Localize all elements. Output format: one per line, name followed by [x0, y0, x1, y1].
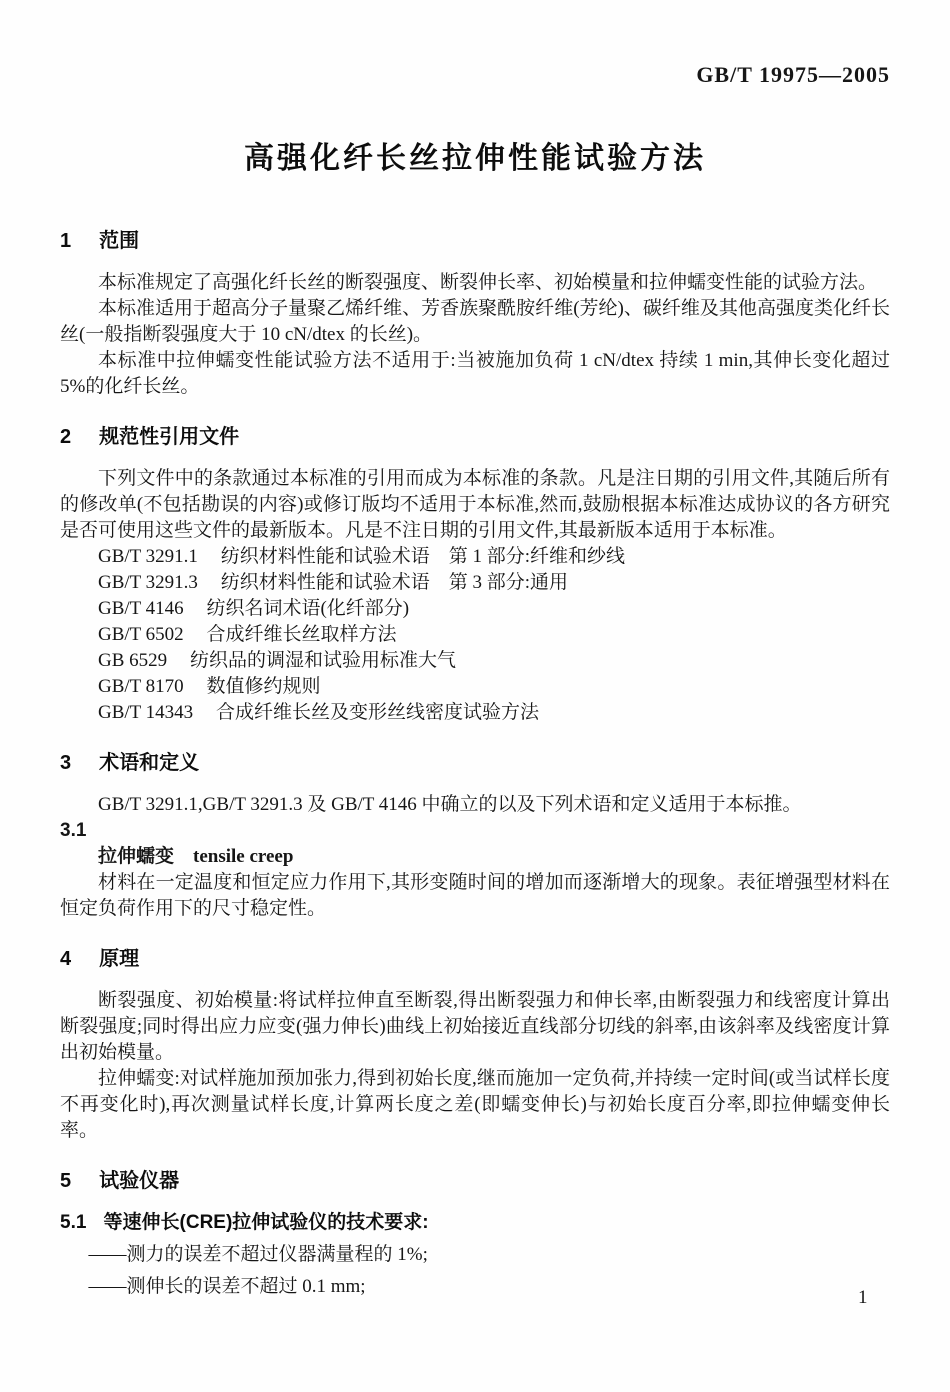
reference-code: GB/T 3291.1 [98, 546, 198, 567]
reference-item: GB/T 14343合成纤维长丝及变形丝线密度试验方法 [60, 700, 890, 726]
term-english: tensile creep [193, 846, 293, 867]
paragraph: 下列文件中的条款通过本标准的引用而成为本标准的条款。凡是注日期的引用文件,其随后… [60, 466, 890, 544]
section-terms-definitions: 3术语和定义 GB/T 3291.1,GB/T 3291.3 及 GB/T 41… [60, 750, 890, 922]
section-title: 范围 [99, 230, 139, 252]
reference-code: GB/T 14343 [98, 702, 193, 723]
reference-item: GB/T 8170数值修约规则 [60, 674, 890, 700]
section-number: 4 [60, 948, 71, 970]
reference-item: GB/T 4146纺织名词术语(化纤部分) [60, 596, 890, 622]
reference-item: GB/T 3291.1纺织材料性能和试验术语 第 1 部分:纤维和纱线 [60, 544, 890, 570]
reference-code: GB/T 8170 [98, 676, 184, 697]
clause-number: 5.1 [60, 1212, 86, 1233]
paragraph: 拉伸蠕变:对试样施加预加张力,得到初始长度,继而施加一定负荷,并持续一定时间(或… [60, 1066, 890, 1144]
section-principle: 4原理 断裂强度、初始模量:将试样拉伸直至断裂,得出断裂强力和伸长率,由断裂强力… [60, 946, 890, 1144]
document-page: GB/T 19975—2005 高强化纤长丝拉伸性能试验方法 1范围 本标准规定… [0, 0, 950, 1392]
reference-title: 纺织品的调湿和试验用标准大气 [190, 650, 456, 671]
section-heading: 4原理 [60, 946, 890, 972]
reference-item: GB/T 6502合成纤维长丝取样方法 [60, 622, 890, 648]
clause-text: 等速伸长(CRE)拉伸试验仪的技术要求: [104, 1212, 429, 1233]
clause-heading: 5.1等速伸长(CRE)拉伸试验仪的技术要求: [60, 1210, 890, 1236]
paragraph: 材料在一定温度和恒定应力作用下,其形变随时间的增加而逐渐增大的现象。表征增强型材… [60, 870, 890, 922]
term-chinese: 拉伸蠕变 [98, 846, 174, 867]
section-number: 3 [60, 752, 71, 774]
reference-title: 纺织材料性能和试验术语 第 1 部分:纤维和纱线 [221, 546, 625, 567]
reference-code: GB/T 6502 [98, 624, 184, 645]
reference-title: 数值修约规则 [206, 676, 320, 697]
reference-code: GB/T 3291.3 [98, 572, 198, 593]
term-entry: 拉伸蠕变tensile creep [60, 844, 890, 870]
document-title: 高强化纤长丝拉伸性能试验方法 [60, 138, 890, 180]
section-test-instruments: 5试验仪器 5.1等速伸长(CRE)拉伸试验仪的技术要求: ——测力的误差不超过… [60, 1168, 890, 1300]
section-number: 5 [60, 1170, 71, 1192]
reference-item: GB/T 3291.3纺织材料性能和试验术语 第 3 部分:通用 [60, 570, 890, 596]
section-number: 2 [60, 426, 71, 448]
section-heading: 1范围 [60, 228, 890, 254]
reference-item: GB 6529纺织品的调湿和试验用标准大气 [60, 648, 890, 674]
paragraph: 本标准中拉伸蠕变性能试验方法不适用于:当被施加负荷 1 cN/dtex 持续 1… [60, 348, 890, 400]
section-title: 试验仪器 [99, 1170, 179, 1192]
paragraph: 本标准规定了高强化纤长丝的断裂强度、断裂伸长率、初始模量和拉伸蠕变性能的试验方法… [60, 270, 890, 296]
reference-title: 合成纤维长丝取样方法 [206, 624, 396, 645]
reference-code: GB 6529 [98, 650, 167, 671]
section-title: 原理 [99, 948, 139, 970]
page-number: 1 [858, 1286, 868, 1310]
section-number: 1 [60, 230, 71, 252]
reference-code: GB/T 4146 [98, 598, 184, 619]
section-title: 术语和定义 [99, 752, 199, 774]
paragraph: 断裂强度、初始模量:将试样拉伸直至断裂,得出断裂强力和伸长率,由断裂强力和线密度… [60, 988, 890, 1066]
reference-title: 纺织名词术语(化纤部分) [206, 598, 409, 619]
section-heading: 2规范性引用文件 [60, 424, 890, 450]
section-title: 规范性引用文件 [99, 426, 239, 448]
section-heading: 3术语和定义 [60, 750, 890, 776]
section-normative-references: 2规范性引用文件 下列文件中的条款通过本标准的引用而成为本标准的条款。凡是注日期… [60, 424, 890, 726]
dash-list-item: ——测伸长的误差不超过 0.1 mm; [60, 1274, 890, 1300]
section-heading: 5试验仪器 [60, 1168, 890, 1194]
paragraph: GB/T 3291.1,GB/T 3291.3 及 GB/T 4146 中确立的… [60, 792, 890, 818]
clause-number: 3.1 [60, 818, 890, 844]
standard-number: GB/T 19975—2005 [60, 62, 890, 88]
paragraph: 本标准适用于超高分子量聚乙烯纤维、芳香族聚酰胺纤维(芳纶)、碳纤维及其他高强度类… [60, 296, 890, 348]
dash-list-item: ——测力的误差不超过仪器满量程的 1%; [60, 1242, 890, 1268]
reference-title: 纺织材料性能和试验术语 第 3 部分:通用 [221, 572, 568, 593]
reference-list: GB/T 3291.1纺织材料性能和试验术语 第 1 部分:纤维和纱线 GB/T… [60, 544, 890, 726]
reference-title: 合成纤维长丝及变形丝线密度试验方法 [216, 702, 539, 723]
section-scope: 1范围 本标准规定了高强化纤长丝的断裂强度、断裂伸长率、初始模量和拉伸蠕变性能的… [60, 228, 890, 400]
